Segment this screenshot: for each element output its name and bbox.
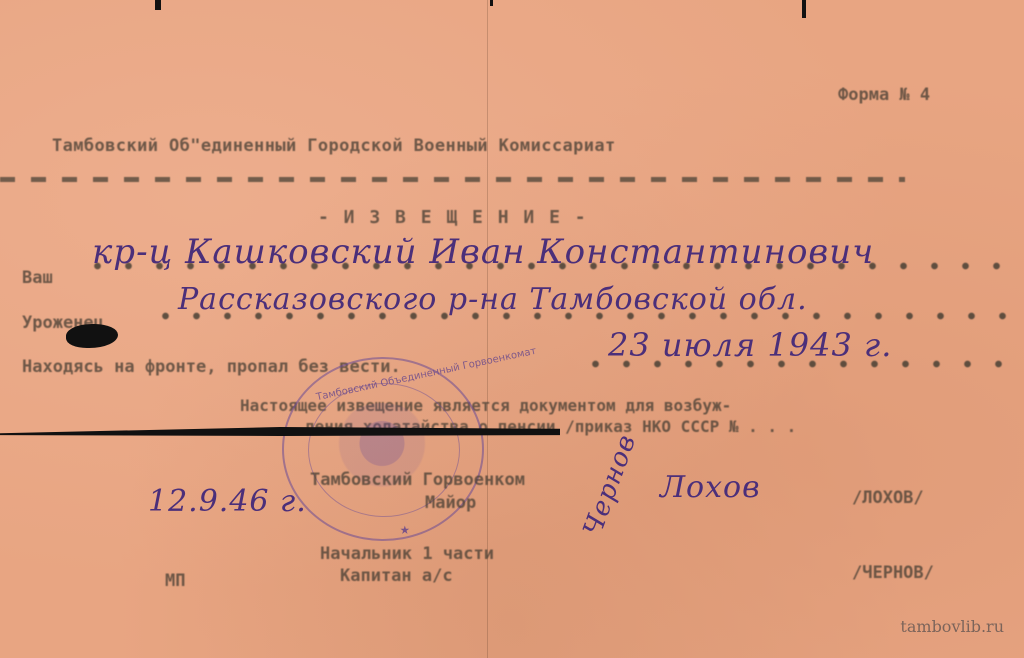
line1-handwritten-name: кр-ц Кашковский Иван Константинович bbox=[92, 232, 874, 272]
stamp-star-icon: ★ bbox=[400, 519, 410, 539]
top-tear-right bbox=[802, 0, 806, 18]
form-number: Форма № 4 bbox=[838, 85, 930, 105]
chief-rank: Капитан а/с bbox=[340, 566, 453, 586]
commissar-signature: Лохов bbox=[660, 470, 761, 505]
line3-handwritten-date: 23 июля 1943 г. bbox=[608, 326, 892, 364]
chief-signature: Чернов bbox=[578, 430, 642, 540]
handwritten-issue-date: 12.9.46 г. bbox=[148, 484, 307, 519]
line1-label: Ваш bbox=[22, 268, 53, 288]
commissar-name: /ЛОХОВ/ bbox=[852, 488, 924, 508]
issuer-header: Тамбовский Об"единенный Городской Военны… bbox=[52, 136, 616, 156]
website-watermark: tambovlib.ru bbox=[900, 617, 1004, 636]
top-tear-mid bbox=[490, 0, 493, 6]
chief-name: /ЧЕРНОВ/ bbox=[852, 563, 934, 583]
document-title: - И З В Е Щ Е Н И Е - bbox=[318, 207, 588, 228]
commissar-rank: Майор bbox=[425, 493, 476, 513]
top-tear-left bbox=[155, 0, 161, 10]
official-stamp: Тамбовский Объединенный Горвоенкомат ★ bbox=[282, 357, 484, 541]
chief-title: Начальник 1 части bbox=[320, 544, 494, 564]
ink-blot bbox=[66, 324, 118, 348]
commissar-title: Тамбовский Горвоенком bbox=[310, 470, 525, 490]
header-underline bbox=[0, 177, 905, 182]
line2-handwritten-birthplace: Рассказовского р-на Тамбовской обл. bbox=[178, 282, 808, 317]
seal-marker-mp: МП bbox=[165, 571, 185, 591]
paper-tear bbox=[0, 427, 560, 436]
